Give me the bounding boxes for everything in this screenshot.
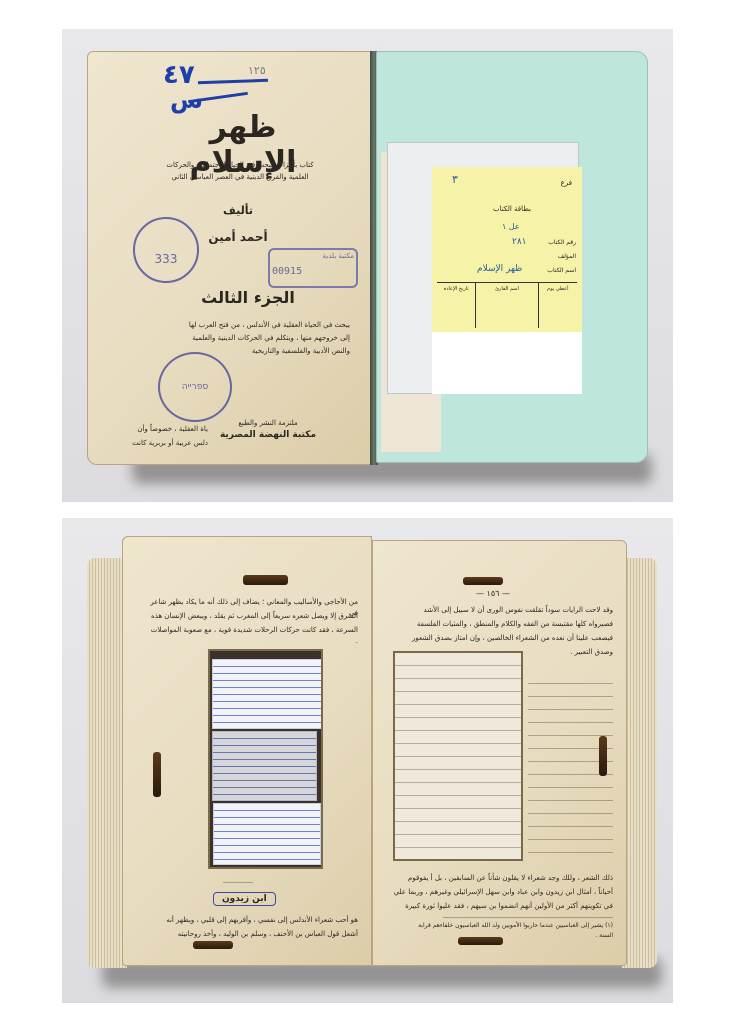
page-hole-side xyxy=(153,752,161,797)
card-table: تاريخ الإعادة اسم القارئ أعطي يوم xyxy=(437,282,577,328)
photo-open-book-title-page: ٤٧ س ١٢٥ ظهر الإسلام كتاب بأجزاء ، يبحث … xyxy=(62,29,673,502)
card-header-given: أعطي يوم xyxy=(539,283,577,328)
hidden-compartment xyxy=(208,649,323,869)
fragment-line-2: دلس عربية أو بربرية كانت xyxy=(98,438,208,449)
right-text-line-1: وقد لاحت الرايات سوداً تقلقت نفوس الورى … xyxy=(388,605,613,616)
volume-desc-1: يبحث في الحياة العقلية في الأندلس ، من ف… xyxy=(150,320,350,331)
author-label: تأليف xyxy=(208,204,268,217)
left-text-page: من الأحاجي والأساليب والمعاني ؛ يضاف إلى… xyxy=(122,536,372,966)
subtitle-line-2: العلمية والفرق الدينية في العصر العباسي … xyxy=(140,172,340,183)
left-text-line-3: السرعة ، فقد كانت حركات الرحلات شديدة قو… xyxy=(148,625,358,647)
subtitle-line-1: كتاب بأجزاء ، يبحث في الحياة الاجتماعية … xyxy=(140,160,340,171)
card-branch-label: فرع xyxy=(561,179,572,187)
right-bottom-line-1: ذلك الشعر ، وللك وجد شعراء لا يقلون شأنا… xyxy=(388,873,613,884)
card-header-return: تاريخ الإعادة xyxy=(437,283,476,328)
hidden-note-1 xyxy=(212,659,322,729)
card-branch-value: ٣ xyxy=(452,173,458,186)
right-text-line-3: فيصعب علينا أن نعده من الشعراء الخالصين … xyxy=(388,633,613,644)
card-author-label: المؤلف xyxy=(558,253,576,260)
circle-stamp: 333 xyxy=(133,217,199,283)
library-stamp-number: 00915 xyxy=(272,266,354,277)
card-book-name-label: اسم الكتاب xyxy=(547,267,576,274)
page-hole-bottom xyxy=(458,937,503,945)
card-book-number-value: ٢٨١ xyxy=(512,237,527,247)
publisher-line-1: ملتزمة النشر والطبع xyxy=(208,418,328,429)
hidden-compartment-pages xyxy=(393,651,523,861)
card-book-name-value: ظهر الإسلام xyxy=(477,264,522,274)
left-text-line-2: الشرق إلا ويصل شعره سريعاً إلى المغرب ثم… xyxy=(148,611,358,622)
divider xyxy=(223,882,253,883)
heading-ibn-zaydun: ابن زيدون xyxy=(213,892,276,906)
hidden-note-2 xyxy=(212,731,317,801)
page-hole-top xyxy=(463,577,503,585)
white-slip xyxy=(432,332,582,394)
library-stamp-text: مكتبة بلدية xyxy=(272,252,354,260)
left-page-edges xyxy=(87,558,127,968)
right-bottom-line-2: أحياناً ، أمثال ابن زيدون وابن عباد وابن… xyxy=(388,887,613,898)
card-title: بطاقة الكتاب xyxy=(472,205,552,213)
page-hole-bottom xyxy=(193,941,233,949)
right-text-page: — ١٥٦ — وقد لاحت الرايات سوداً تقلقت نفو… xyxy=(372,540,627,966)
footnote: (١) يشير إلى العباسيين عندما حاربوا الأم… xyxy=(388,921,613,931)
library-stamp: مكتبة بلدية 00915 xyxy=(268,248,358,288)
photo-book-with-hidden-compartment: من الأحاجي والأساليب والمعاني ؛ يضاف إلى… xyxy=(62,518,673,1003)
volume-title: الجزء الثالث xyxy=(188,288,308,307)
left-bottom-line-2: أشعل قول العباس بن الأحنف ، وسلم بن الول… xyxy=(148,929,358,940)
volume-desc-2: إلى خروجهم منها ، ويتكلم في الحركات الدي… xyxy=(150,333,350,344)
author-name: أحمد أمين xyxy=(188,230,288,244)
card-header-reader: اسم القارئ xyxy=(476,283,538,328)
library-card: فرع ٣ بطاقة الكتاب عل ١ رقم الكتاب ٢٨١ ا… xyxy=(432,167,582,332)
pen-underline xyxy=(198,79,268,84)
fragment-line-1: ياة العقلية ، خصوصاً وأن xyxy=(98,424,208,435)
footnote-divider xyxy=(443,917,613,918)
right-text-line-2: فصيرواه كلها مقتبسة من الفقه والكلام وال… xyxy=(388,619,613,630)
publisher-line-2: مكتبة النهضة المصرية xyxy=(208,430,328,440)
left-bottom-line-1: هو أحب شعراء الأندلس إلى نفسي ، وأقربهم … xyxy=(148,915,358,926)
right-bottom-line-3: في تكوينهم أكثر من الأولين أنهم انضموا ب… xyxy=(388,901,613,912)
right-page-edges xyxy=(622,558,657,968)
page-hole-side xyxy=(599,736,607,776)
card-code: عل ١ xyxy=(502,222,520,231)
title-page: ٤٧ س ١٢٥ ظهر الإسلام كتاب بأجزاء ، يبحث … xyxy=(87,51,372,465)
inner-cover: فرع ٣ بطاقة الكتاب عل ١ رقم الكتاب ٢٨١ ا… xyxy=(376,51,648,463)
page-hole-top xyxy=(243,575,288,585)
page-number: — ١٥٦ — xyxy=(453,589,533,598)
card-book-number-label: رقم الكتاب xyxy=(548,239,576,246)
hebrew-stamp: ספרייה xyxy=(158,352,232,422)
pencil-number: ١٢٥ xyxy=(248,64,266,77)
hidden-note-3 xyxy=(213,803,321,865)
